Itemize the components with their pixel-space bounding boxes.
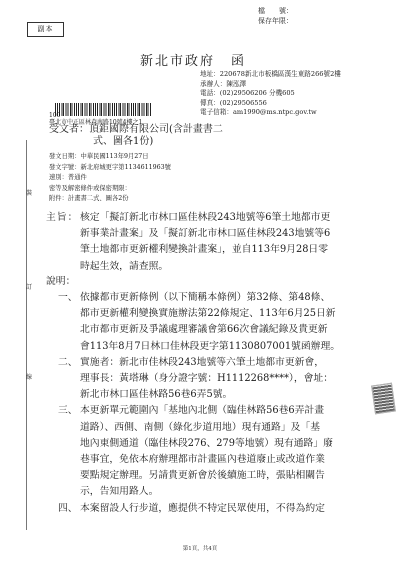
sender-contact: 承辦人：陳泓澤 — [200, 80, 341, 90]
doc-type: 函 — [231, 54, 246, 69]
binding-mark: 訂 — [26, 282, 32, 291]
subject-line: 新事業計畫案」及「擬訂新北市林口區佳林段243地號等6 — [46, 226, 386, 242]
field-classification: 密等及解密條件或保密期限： — [49, 184, 171, 195]
file-info: 檔 號： 保存年限： — [258, 6, 293, 26]
file-number-label: 檔 號： — [258, 6, 293, 16]
sender-fax: 傳真：(02)29506556 — [200, 99, 341, 109]
subject-line: 時起生效，請查照。 — [46, 259, 386, 275]
sender-info: 地址：220678新北市板橋區漢生東路266號2樓 承辦人：陳泓澤 電話：(02… — [200, 70, 341, 118]
sender-address: 地址：220678新北市板橋區漢生東路266號2樓 — [200, 70, 341, 80]
field-attachment: 附件：計畫書二式、圖各2份 — [49, 194, 171, 205]
list-item: 四、本案留設人行步道，應提供不特定民眾使用，不得為約定 — [58, 501, 388, 517]
subject-line: 筆土地都市更新權利變換計畫案」，並自113年9月28日零 — [46, 242, 386, 258]
binding-mark: 線 — [26, 372, 32, 381]
binding-line — [26, 140, 27, 530]
explanation-items: 一、依據都市更新條例（以下簡稱本條例）第32條、第48條、 都市更新權利變換實施… — [58, 290, 388, 517]
sender-email: 電子信箱：am1990@ms.ntpc.gov.tw — [200, 108, 341, 118]
page-number: 第1頁，共4頁 — [0, 544, 400, 552]
field-doc-number: 發文字號：新北府城更字第1134611963號 — [49, 163, 171, 174]
barcode — [55, 103, 151, 116]
subject-line: 核定「擬訂新北市林口區佳林段243地號等6筆土地都市更 — [80, 212, 330, 223]
field-date: 發文日期：中華民國113年9月27日 — [49, 152, 171, 163]
sender-phone: 電話：(02)29506206 分機605 — [200, 89, 341, 99]
document-title: 新北市政府函 — [140, 50, 246, 69]
retention-label: 保存年限： — [258, 16, 293, 26]
explanation-label: 說明： — [46, 273, 75, 287]
list-item: 二、實施者：新北市佳林段243地號等六筆土地都市更新會， — [58, 355, 388, 371]
recipient-name: 頂鉅國際有限公司(含計畫書二 — [89, 124, 223, 135]
copy-stamp: 副本 — [27, 22, 64, 37]
org-name: 新北市政府 — [140, 54, 215, 69]
recipient-label: 受文者： — [49, 124, 89, 135]
document-fields: 發文日期：中華民國113年9月27日 發文字號：新北府城更字第113461196… — [49, 152, 171, 205]
field-speed: 速別：普通件 — [49, 173, 171, 184]
qr-code-icon — [371, 383, 396, 415]
binding-mark: 裝 — [26, 188, 32, 197]
recipient: 受文者：頂鉅國際有限公司(含計畫書二 式、圖各1份) — [49, 124, 223, 148]
list-item: 一、依據都市更新條例（以下簡稱本條例）第32條、第48條、 — [58, 290, 388, 306]
list-item: 三、本更新單元範圍內「基地內北側（臨佳林路56巷6弄計畫 — [58, 403, 388, 419]
subject-label: 主旨： — [46, 210, 80, 226]
recipient-name-cont: 式、圖各1份) — [49, 136, 223, 148]
subject-section: 主旨：核定「擬訂新北市林口區佳林段243地號等6筆土地都市更 新事業計畫案」及「… — [46, 210, 386, 275]
